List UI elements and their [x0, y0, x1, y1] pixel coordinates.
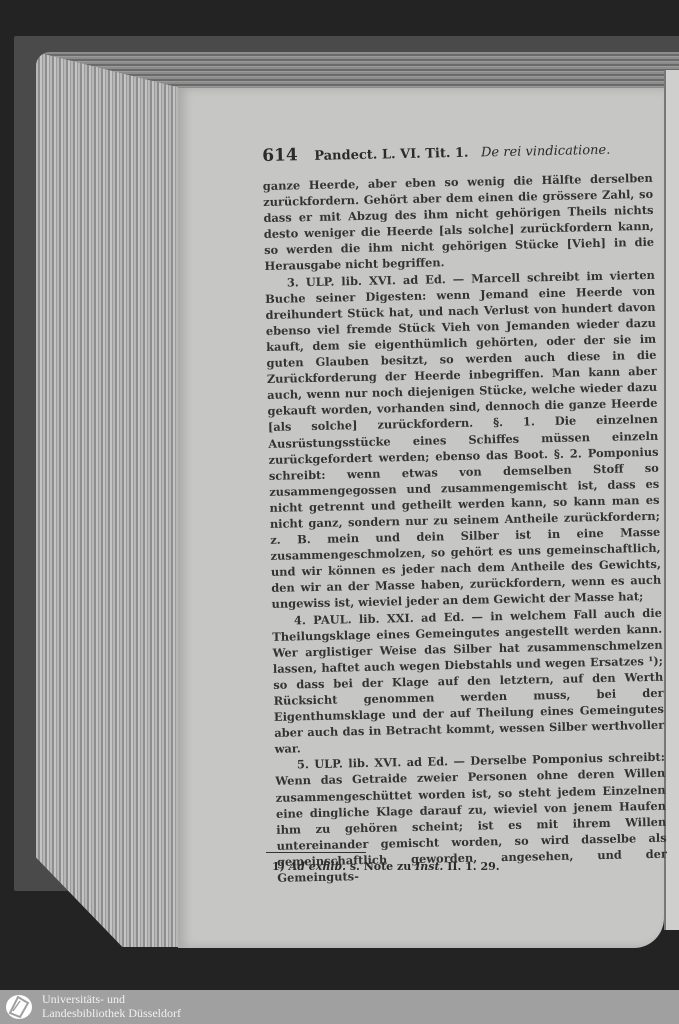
paragraph-2: 3. ULP. lib. XVI. ad Ed. — Marcell schre…	[265, 266, 662, 612]
book-logo-icon	[4, 993, 34, 1021]
footnote: 1) Ad exhib. s. Note zu Inst. II. 1. 29.	[272, 860, 500, 873]
page-text: 614 Pandect. L. VI. Tit. 1. De rei vindi…	[262, 138, 667, 886]
library-name: Universitäts- und Landesbibliothek Düsse…	[42, 992, 181, 1020]
footnote-text-d: II. 1. 29.	[447, 860, 499, 873]
page-edges-left	[36, 52, 180, 947]
footnote-divider	[266, 852, 366, 853]
paragraph-1: ganze Heerde, aber eben so wenig die Häl…	[263, 170, 655, 275]
footnote-marker: 1)	[272, 860, 285, 873]
facing-page-edge	[664, 70, 679, 930]
page-number: 614	[262, 145, 298, 166]
running-head-subtitle: De rei vindicatione.	[481, 143, 611, 161]
scanned-book-image: 614 Pandect. L. VI. Tit. 1. De rei vindi…	[0, 0, 679, 990]
library-name-line-1: Universitäts- und	[42, 992, 181, 1006]
paragraph-3: 4. PAUL. lib. XXI. ad Ed. — in welchem F…	[272, 604, 665, 757]
footnote-ref-a: Ad exhib.	[289, 860, 346, 873]
footnote-text-b: s. Note zu	[350, 860, 411, 873]
footnote-ref-c: Inst.	[415, 860, 443, 873]
library-name-line-2: Landesbibliothek Düsseldorf	[42, 1006, 181, 1020]
running-head-title: Pandect. L. VI. Tit. 1.	[314, 146, 469, 164]
body-text: ganze Heerde, aber eben so wenig die Häl…	[263, 170, 668, 886]
